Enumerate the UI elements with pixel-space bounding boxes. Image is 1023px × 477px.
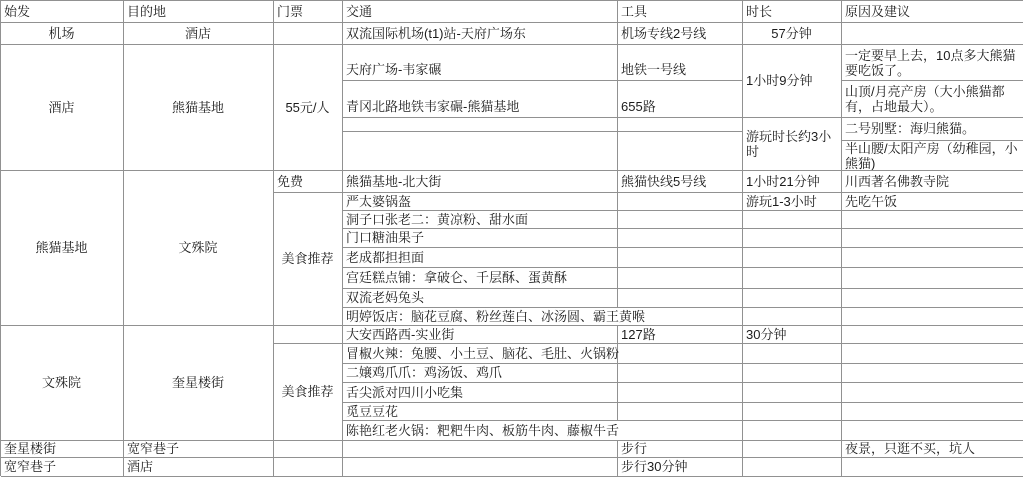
table-cell[interactable]: 明婷饭店：脑花豆腐、粉丝莲白、冰汤圆、霸王黄喉 <box>343 308 743 326</box>
table-cell[interactable]: 半山腰/太阳产房（幼稚园，小熊猫) <box>842 141 1023 171</box>
table-cell[interactable]: 1小时9分钟 <box>743 45 842 118</box>
header-cell[interactable]: 原因及建议 <box>842 1 1023 23</box>
table-cell[interactable]: 美食推荐 <box>274 193 343 326</box>
table-cell[interactable]: 熊猫基地 <box>1 171 124 326</box>
table-cell[interactable]: 青冈北路地铁韦家碾-熊猫基地 <box>343 81 618 118</box>
table-cell[interactable]: 127路 <box>618 326 743 344</box>
table-cell[interactable] <box>743 211 842 229</box>
table-cell[interactable] <box>842 458 1023 477</box>
table-cell[interactable]: 洞子口张老二：黄凉粉、甜水面 <box>343 211 618 229</box>
table-cell[interactable] <box>618 248 743 268</box>
table-cell[interactable] <box>842 326 1023 344</box>
table-cell[interactable] <box>842 289 1023 308</box>
table-cell[interactable]: 二嬢鸡爪爪：鸡汤饭、鸡爪 <box>343 364 618 383</box>
table-cell[interactable]: 严太婆锅盔 <box>343 193 618 211</box>
table-cell[interactable] <box>743 441 842 458</box>
table-cell[interactable] <box>618 403 743 421</box>
table-cell[interactable] <box>842 383 1023 403</box>
table-cell[interactable] <box>743 403 842 421</box>
table-cell[interactable] <box>618 289 743 308</box>
table-cell[interactable]: 觅豆豆花 <box>343 403 618 421</box>
table-cell[interactable]: 1小时21分钟 <box>743 171 842 193</box>
table-cell[interactable]: 步行 <box>618 441 743 458</box>
table-cell[interactable] <box>618 118 743 132</box>
table-cell[interactable]: 奎星楼街 <box>1 441 124 458</box>
table-cell[interactable] <box>743 458 842 477</box>
table-cell[interactable]: 先吃午饭 <box>842 193 1023 211</box>
table-cell[interactable]: 文殊院 <box>1 326 124 441</box>
table-cell[interactable] <box>274 441 343 458</box>
table-cell[interactable] <box>842 211 1023 229</box>
table-cell[interactable]: 舌尖派对四川小吃集 <box>343 383 618 403</box>
table-cell[interactable] <box>842 421 1023 441</box>
table-cell[interactable]: 大安西路西-实业街 <box>343 326 618 344</box>
table-cell[interactable]: 夜景，只逛不买，坑人 <box>842 441 1023 458</box>
table-cell[interactable]: 游玩时长约3小时 <box>743 118 842 171</box>
table-cell[interactable]: 酒店 <box>1 45 124 171</box>
table-cell[interactable]: 双流老妈兔头 <box>343 289 618 308</box>
table-cell[interactable] <box>743 344 842 364</box>
table-cell[interactable]: 机场专线2号线 <box>618 23 743 45</box>
table-cell[interactable] <box>343 458 618 477</box>
table-cell[interactable] <box>274 326 343 344</box>
table-cell[interactable] <box>274 458 343 477</box>
table-cell[interactable] <box>842 364 1023 383</box>
header-cell[interactable]: 时长 <box>743 1 842 23</box>
table-cell[interactable]: 酒店 <box>124 458 274 477</box>
table-cell[interactable]: 免费 <box>274 171 343 193</box>
table-cell[interactable]: 宽窄巷子 <box>124 441 274 458</box>
table-cell[interactable]: 双流国际机场(t1)站-天府广场东 <box>343 23 618 45</box>
table-cell[interactable]: 熊猫基地 <box>124 45 274 171</box>
table-cell[interactable]: 熊猫快线5号线 <box>618 171 743 193</box>
header-cell[interactable]: 工具 <box>618 1 743 23</box>
table-cell[interactable] <box>618 383 743 403</box>
table-cell[interactable]: 655路 <box>618 81 743 118</box>
table-cell[interactable]: 奎星楼街 <box>124 326 274 441</box>
itinerary-spreadsheet: 始发目的地门票交通工具时长原因及建议机场酒店熊猫基地文殊院奎星楼街宽窄巷子酒店熊… <box>0 0 1023 476</box>
table-cell[interactable]: 老成都担担面 <box>343 248 618 268</box>
table-cell[interactable] <box>743 248 842 268</box>
table-cell[interactable]: 冒椒火辣：兔腰、小土豆、脑花、毛肚、火锅粉 <box>343 344 618 364</box>
table-cell[interactable] <box>842 308 1023 326</box>
header-cell[interactable]: 门票 <box>274 1 343 23</box>
header-cell[interactable]: 始发 <box>1 1 124 23</box>
table-cell[interactable]: 山顶/月亮产房（大小熊猫都有，占地最大）。 <box>842 81 1023 118</box>
table-cell[interactable] <box>743 268 842 289</box>
table-cell[interactable] <box>343 118 618 132</box>
table-cell[interactable] <box>743 383 842 403</box>
table-cell[interactable]: 宽窄巷子 <box>1 458 124 477</box>
table-cell[interactable] <box>274 23 343 45</box>
table-cell[interactable] <box>743 308 842 326</box>
table-cell[interactable] <box>618 132 743 171</box>
table-cell[interactable] <box>842 229 1023 248</box>
table-cell[interactable]: 文殊院 <box>124 171 274 326</box>
table-cell[interactable]: 机场 <box>1 23 124 45</box>
table-cell[interactable]: 陈艳红老火锅：粑粑牛肉、板筋牛肉、藤椒牛舌 <box>343 421 743 441</box>
table-cell[interactable] <box>842 248 1023 268</box>
table-cell[interactable] <box>743 229 842 248</box>
table-cell[interactable] <box>618 211 743 229</box>
table-cell[interactable]: 二号别墅：海归熊猫。 <box>842 118 1023 141</box>
table-cell[interactable]: 酒店 <box>124 23 274 45</box>
table-cell[interactable]: 57分钟 <box>743 23 842 45</box>
table-cell[interactable]: 美食推荐 <box>274 344 343 441</box>
table-cell[interactable] <box>842 23 1023 45</box>
table-cell[interactable] <box>618 364 743 383</box>
table-cell[interactable] <box>618 229 743 248</box>
header-cell[interactable]: 交通 <box>343 1 618 23</box>
table-cell[interactable]: 熊猫基地-北大街 <box>343 171 618 193</box>
table-cell[interactable] <box>618 193 743 211</box>
table-cell[interactable]: 天府广场-韦家碾 <box>343 45 618 81</box>
table-cell[interactable]: 30分钟 <box>743 326 842 344</box>
table-cell[interactable] <box>842 403 1023 421</box>
table-cell[interactable]: 游玩1-3小时 <box>743 193 842 211</box>
table-cell[interactable] <box>343 441 618 458</box>
table-cell[interactable]: 步行30分钟 <box>618 458 743 477</box>
table-cell[interactable]: 宫廷糕点铺：拿破仑、千层酥、蛋黄酥 <box>343 268 618 289</box>
table-cell[interactable] <box>743 289 842 308</box>
header-cell[interactable]: 目的地 <box>124 1 274 23</box>
table-cell[interactable] <box>618 268 743 289</box>
table-cell[interactable] <box>618 344 743 364</box>
table-cell[interactable]: 门口糖油果子 <box>343 229 618 248</box>
table-cell[interactable] <box>842 344 1023 364</box>
table-cell[interactable] <box>743 364 842 383</box>
table-cell[interactable] <box>343 132 618 171</box>
table-cell[interactable] <box>842 268 1023 289</box>
table-cell[interactable] <box>743 421 842 441</box>
table-cell[interactable]: 地铁一号线 <box>618 45 743 81</box>
table-cell[interactable]: 55元/人 <box>274 45 343 171</box>
table-cell[interactable]: 川西著名佛教寺院 <box>842 171 1023 193</box>
table-cell[interactable]: 一定要早上去，10点多大熊猫要吃饭了。 <box>842 45 1023 81</box>
